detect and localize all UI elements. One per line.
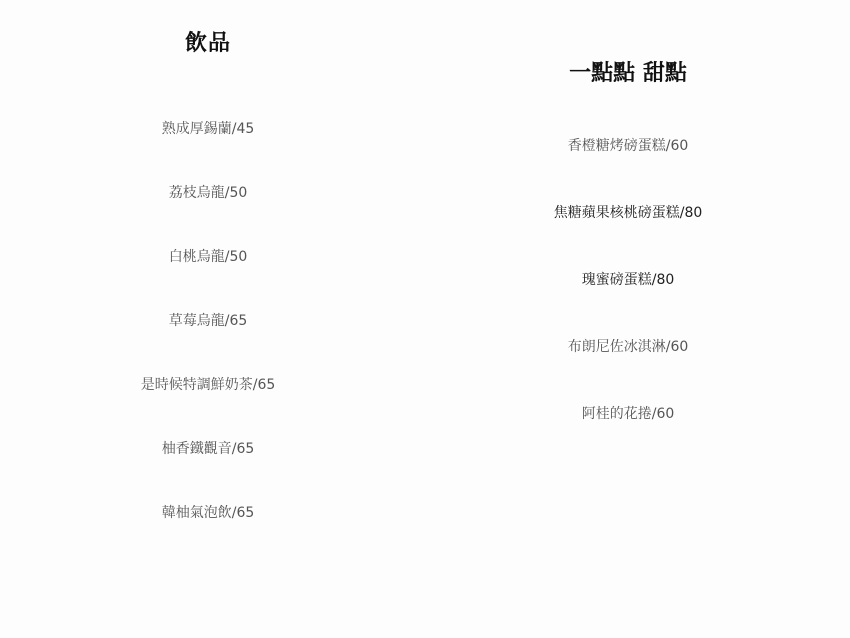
drink-item: 柚香鐵觀音/65: [68, 438, 348, 458]
dessert-item: 香橙糖烤磅蛋糕/60: [488, 135, 768, 155]
dessert-item: 布朗尼佐冰淇淋/60: [488, 336, 768, 356]
drink-item: 是時候特調鮮奶茶/65: [68, 374, 348, 394]
dessert-item: 阿桂的花捲/60: [488, 403, 768, 423]
drink-item: 草莓烏龍/65: [68, 310, 348, 330]
drink-item: 白桃烏龍/50: [68, 246, 348, 266]
drink-item: 荔枝烏龍/50: [68, 182, 348, 202]
drink-item: 韓柚氣泡飲/65: [68, 502, 348, 522]
drinks-heading: 飲品: [108, 26, 308, 57]
dessert-item: 焦糖蘋果核桃磅蛋糕/80: [488, 202, 768, 222]
desserts-heading: 一點點 甜點: [528, 56, 728, 87]
drink-item: 熟成厚錫蘭/45: [68, 118, 348, 138]
dessert-item: 瑰蜜磅蛋糕/80: [488, 269, 768, 289]
